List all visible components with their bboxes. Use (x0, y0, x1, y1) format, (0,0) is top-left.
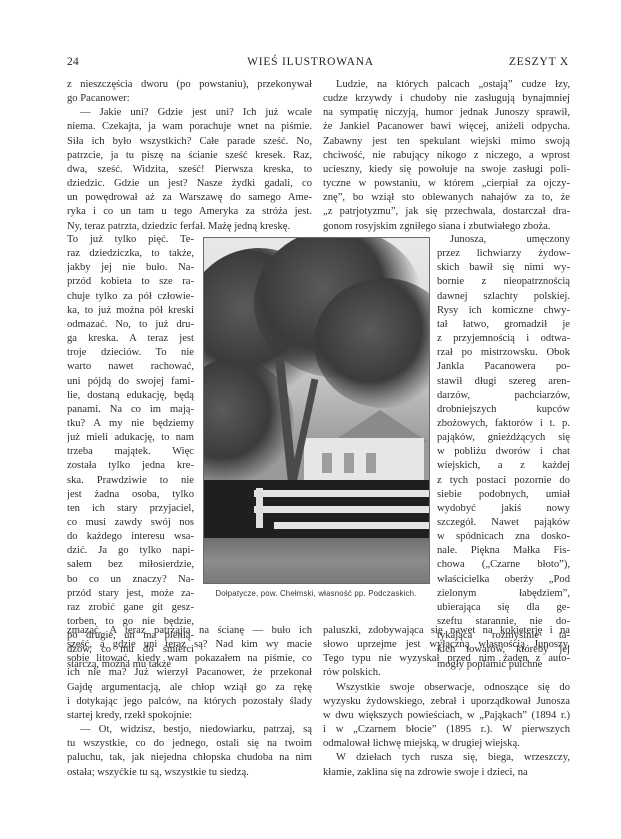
text-line: z przyjemnością i odtwa- (437, 332, 570, 346)
text-line: z tych postaci pozornie do (437, 474, 570, 488)
text-line: darzów, pachciarzów, (437, 389, 570, 403)
text-line: ucieszny, kiedy się powołuje na swoje za… (323, 163, 570, 177)
text-line: siebie podobnych, umiał (437, 488, 570, 502)
text-line: znę”, bo wziął sto oblewanych nahajów za… (323, 191, 570, 205)
text-line: została tylko jedna kre- (67, 459, 194, 473)
photo-window (366, 453, 376, 473)
text-line: ostała; wszyćkie tu są, wszystkie tu sie… (67, 766, 312, 780)
text-line: jakby jej nie buło. Na- (67, 261, 194, 275)
text-line: stawił długi szereg aren- (437, 375, 570, 389)
photo-fence-post (256, 488, 263, 528)
text-line: zbożowych, faktorów i t. p. (437, 417, 570, 431)
text-line: niema. Czekajta, ja wam porachuje wnet n… (67, 120, 312, 134)
text-line: tu wszystkie, co do jednego, ostali się … (67, 737, 312, 751)
text-line: tyczne w powstaniu, w którem „cierpiał z… (323, 177, 570, 191)
text-line: paluszki, zdobywająca się nawet na kokie… (323, 624, 570, 638)
text-line: skich bawił się nimi wy- (437, 261, 570, 275)
text-line: rów polskich. (323, 666, 570, 680)
text-line: przez lichwiarzy żydow- (437, 247, 570, 261)
text-line: na sympatię niczyją, humor jednak Junosz… (323, 106, 570, 120)
text-line: w pobliżu dworów i chat (437, 445, 570, 459)
text-line: Jankla Pacanowera po- (437, 360, 570, 374)
text-line: startej kredy, rzekł spokojnie: (67, 709, 312, 723)
text-line: To już tylko pięć. Te- (67, 233, 194, 247)
text-line: patrzcie, ja tu piszę na ścianie sześć k… (67, 149, 312, 163)
text-line: dziedzic. Gdzie un jest? Nasze żydki gad… (67, 177, 312, 191)
text-line: odmalował lichwę miejską, w drugiej wiej… (323, 737, 570, 751)
text-line: dwa, sześć. Widzita, sześć! Pierwsza kre… (67, 163, 312, 177)
text-line: zielonym łabędziem”, (437, 587, 570, 601)
text-line: — Jakie uni? Gdzie jest uni? Ich już wca… (80, 106, 312, 120)
text-line: „z patrjotyzmu”, jak się przechwala, dos… (323, 205, 570, 219)
text-line: i w „Czarnem błocie” (1895 r.). W pierws… (323, 723, 570, 737)
text-line: W dziełach tych rusza się, biega, wrzesz… (336, 751, 570, 765)
text-line: bo co un znaczy? Na- (67, 573, 194, 587)
text-line: ska. Prawdziwie to nie (67, 474, 194, 488)
text-line: gonom rosyjskim zgniłego siana i zbutwia… (323, 220, 570, 234)
figure-photograph (203, 237, 430, 584)
text-line: sześć, a gdzie uni teraz są? Nad kim wy … (67, 638, 312, 652)
photo-ground (204, 538, 429, 583)
text-line: w spódnicach zna dosko- (437, 530, 570, 544)
text-line: bornie z nieopatrznością (437, 275, 570, 289)
text-line: Junosza, umęczony (450, 233, 570, 247)
text-line: uni pójdą do swojej fami- (67, 375, 194, 389)
text-line: paluchu, tak, jak niejedna chłopska chud… (67, 751, 312, 765)
text-line: już mieli adukację, to nam (67, 431, 194, 445)
text-line: warto nawet rachować, (67, 360, 194, 374)
text-line: troje dzieciów. To nie (67, 346, 194, 360)
text-line: Ny, teraz patrzta, dziedzic ferfał. Mażę… (67, 220, 312, 234)
photo-fence-rail (254, 490, 429, 497)
text-line: panami. Na co im mają- (67, 403, 194, 417)
text-line: ten ich stary przyjaciel, (67, 502, 194, 516)
text-line: Ludzie, na których palcach „ostają” cudz… (336, 78, 570, 92)
text-line: z nieszczęścia dworu (po powstaniu), prz… (67, 78, 312, 92)
text-line: sobie litować, kiedy wam pokazałem na pi… (67, 652, 312, 666)
text-line: wyzysku żydowskiego, zebrał i uporządkow… (323, 695, 570, 709)
text-line: Gajdę argumentacją, ale chłop wziął go z… (67, 681, 312, 695)
photo-window (344, 453, 354, 473)
photo-window (322, 453, 332, 473)
text-line: sałem bez miłosierdzie, (67, 558, 194, 572)
text-line: ubierająca się dla ge- (437, 601, 570, 615)
text-line: chowa („Czarne błoto”), (437, 558, 570, 572)
photo-fence-rail (274, 522, 429, 529)
text-line: że Jankiel Pacanower bawi więcej, aniżel… (323, 120, 570, 134)
text-line: szczegół. Nawet pająków (437, 516, 570, 530)
text-line: Zabawny jest ten spekulant wiejski mimo … (323, 135, 570, 149)
text-line: ich nie ma? Już wierzył Pacanower, że pr… (67, 666, 312, 680)
text-line: odmazać. No, to już dru- (67, 318, 194, 332)
text-line: raz dziedziczka, to także, (67, 247, 194, 261)
text-line: cudze krzywdy i chudoby nie zasługują by… (323, 92, 570, 106)
text-line: Tego typu nie wyzyskał przed nim żaden z… (323, 652, 570, 666)
text-line: ga kreska. A teraz jest (67, 332, 194, 346)
text-line: rzał po mistrzowsku. Obok (437, 346, 570, 360)
text-line: chciwość, nie rabujący nikogo z niczego,… (323, 149, 570, 163)
text-line: nale. Piękna Małka Fis- (437, 544, 570, 558)
text-line: raz zrobić gane git gesz- (67, 601, 194, 615)
text-line: pająków, gnieżdżących się (437, 431, 570, 445)
text-line: lie, dostaną edukację, będą (67, 389, 194, 403)
text-line: wydobyć jakiś nowy (437, 502, 570, 516)
text-line: do każdego interesu wsa- (67, 530, 194, 544)
text-line: tał łatwo, gromadził je (437, 318, 570, 332)
text-line: un powędrował aż za Warszawę do samego A… (67, 191, 312, 205)
text-line: dzić. Ja go tylko napi- (67, 544, 194, 558)
text-line: Siła ich było wszystkich? Całe parade sz… (67, 135, 312, 149)
text-line: ka, to już można pół kreski (67, 304, 194, 318)
text-line: co musi zawdy swój nos (67, 516, 194, 530)
issue-label: ZESZYT X (509, 56, 569, 68)
text-line: tku? A my nie będziemy (67, 417, 194, 431)
photo-fence-rail (254, 506, 429, 513)
text-line: Rysy ich komiczne chwy- (437, 304, 570, 318)
text-line: dawnej szlachty polskiej. (437, 290, 570, 304)
text-line: — Ot, widzisz, bestjo, niedowiarku, patr… (80, 723, 312, 737)
text-line: właścicielka oberży „Pod (437, 573, 570, 587)
text-line: chuje tylko za pół człowie- (67, 290, 194, 304)
magazine-page: 24 WIEŚ ILUSTROWANA ZESZYT X z nieszczęś… (0, 0, 621, 839)
text-line: przód kobieta to sze ra- (67, 275, 194, 289)
text-line: przód stary jest, może za- (67, 587, 194, 601)
text-line: kłamie, zaklina się na zdrowie swoje i d… (323, 766, 570, 780)
text-line: go Pacanower: (67, 92, 312, 106)
text-line: słowo uprzejme jest wyłączną własnością … (323, 638, 570, 652)
text-line: Wszystkie swoje obserwacje, odnoszące si… (336, 681, 570, 695)
text-line: trzeba majątek. Więc (67, 445, 194, 459)
text-line: ryka i co un tam u tego Ameryka za stróż… (67, 205, 312, 219)
text-line: drobniejszych kupców (437, 403, 570, 417)
text-line: i dotykając jego palców, na których pozo… (67, 695, 312, 709)
text-line: wiejskich, a z każdej (437, 459, 570, 473)
text-line: zmazać. A teraz patrzajta na ścianę — bu… (67, 624, 312, 638)
figure-caption: Dołpatycze, pow. Chełmski, własność pp. … (200, 589, 432, 598)
text-line: w dwu większych powieściach, w „Pająkach… (323, 709, 570, 723)
text-line: jest żadna osoba, tylko (67, 488, 194, 502)
